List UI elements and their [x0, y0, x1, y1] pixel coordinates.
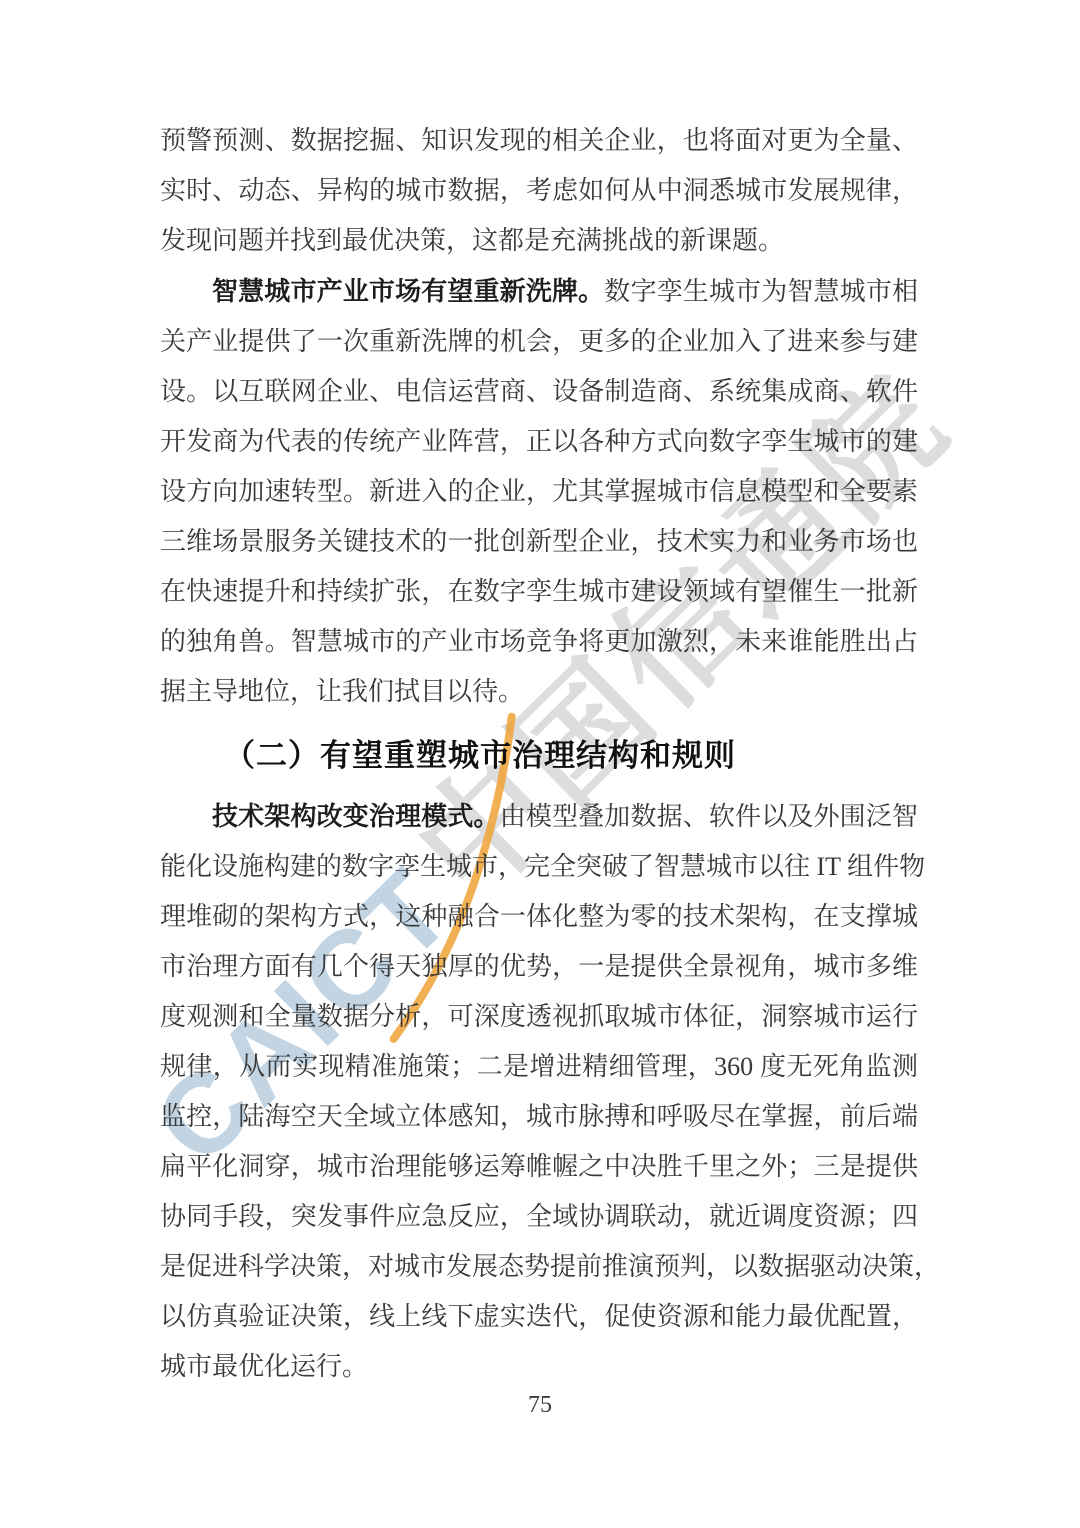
- text-line: 关产业提供了一次重新洗牌的机会，更多的企业加入了进来参与建: [160, 317, 918, 367]
- section-heading: （二）有望重塑城市治理结构和规则: [160, 731, 918, 781]
- text-line: 规律，从而实现精准施策；二是增进精细管理，360 度无死角监测: [160, 1042, 918, 1092]
- text-line: 理堆砌的架构方式，这种融合一体化整为零的技术架构，在支撑城: [160, 892, 918, 942]
- text-line: 监控，陆海空天全域立体感知，城市脉搏和呼吸尽在掌握，前后端: [160, 1092, 918, 1142]
- text-line: 发现问题并找到最优决策，这都是充满挑战的新课题。: [160, 216, 918, 266]
- bold-lead-sentence: 技术架构改变治理模式。: [212, 801, 500, 831]
- text-line: 据主导地位，让我们拭目以待。: [160, 667, 918, 717]
- text-line: 是促进科学决策，对城市发展态势提前推演预判，以数据驱动决策，: [160, 1242, 918, 1292]
- text-line: 的独角兽。智慧城市的产业市场竞争将更加激烈，未来谁能胜出占: [160, 617, 918, 667]
- paragraph-tech-architecture: 技术架构改变治理模式。由模型叠加数据、软件以及外围泛智能化设施构建的数字孪生城市…: [160, 791, 918, 1392]
- text-line: 扁平化洞穿，城市治理能够运筹帷幄之中决胜千里之外；三是提供: [160, 1142, 918, 1192]
- text-line: 预警预测、数据挖掘、知识发现的相关企业，也将面对更为全量、: [160, 116, 918, 166]
- text-line: 技术架构改变治理模式。由模型叠加数据、软件以及外围泛智: [160, 791, 918, 842]
- text-line: 在快速提升和持续扩张，在数字孪生城市建设领域有望催生一批新: [160, 567, 918, 617]
- text-line: 实时、动态、异构的城市数据，考虑如何从中洞悉城市发展规律，: [160, 166, 918, 216]
- text-line: 市治理方面有几个得天独厚的优势，一是提供全景视角，城市多维: [160, 942, 918, 992]
- text-line: 三维场景服务关键技术的一批创新型企业，技术实力和业务市场也: [160, 517, 918, 567]
- bold-lead-sentence: 智慧城市产业市场有望重新洗牌。: [212, 276, 604, 306]
- text-line: 开发商为代表的传统产业阵营，正以各种方式向数字孪生城市的建: [160, 417, 918, 467]
- text-line: 能化设施构建的数字孪生城市，完全突破了智慧城市以往 IT 组件物: [160, 842, 918, 892]
- paragraph-market-reshuffle: 智慧城市产业市场有望重新洗牌。数字孪生城市为智慧城市相关产业提供了一次重新洗牌的…: [160, 266, 918, 717]
- text-line: 设方向加速转型。新进入的企业，尤其掌握城市信息模型和全要素: [160, 467, 918, 517]
- text-line: 城市最优化运行。: [160, 1342, 918, 1392]
- paragraph-city-data-challenges: 预警预测、数据挖掘、知识发现的相关企业，也将面对更为全量、实时、动态、异构的城市…: [160, 116, 918, 266]
- text-line: 设。以互联网企业、电信运营商、设备制造商、系统集成商、软件: [160, 367, 918, 417]
- page-number: 75: [0, 1392, 1080, 1419]
- text-column: 预警预测、数据挖掘、知识发现的相关企业，也将面对更为全量、实时、动态、异构的城市…: [160, 0, 918, 1392]
- text-line: 度观测和全量数据分析，可深度透视抓取城市体征，洞察城市运行: [160, 992, 918, 1042]
- text-line: 智慧城市产业市场有望重新洗牌。数字孪生城市为智慧城市相: [160, 266, 918, 317]
- text-line: 协同手段，突发事件应急反应，全域协调联动，就近调度资源；四: [160, 1192, 918, 1242]
- document-page: CAICT 中国信通院 预警预测、数据挖掘、知识发现的相关企业，也将面对更为全量…: [0, 0, 1080, 1528]
- text-line: 以仿真验证决策，线上线下虚实迭代，促使资源和能力最优配置，: [160, 1292, 918, 1342]
